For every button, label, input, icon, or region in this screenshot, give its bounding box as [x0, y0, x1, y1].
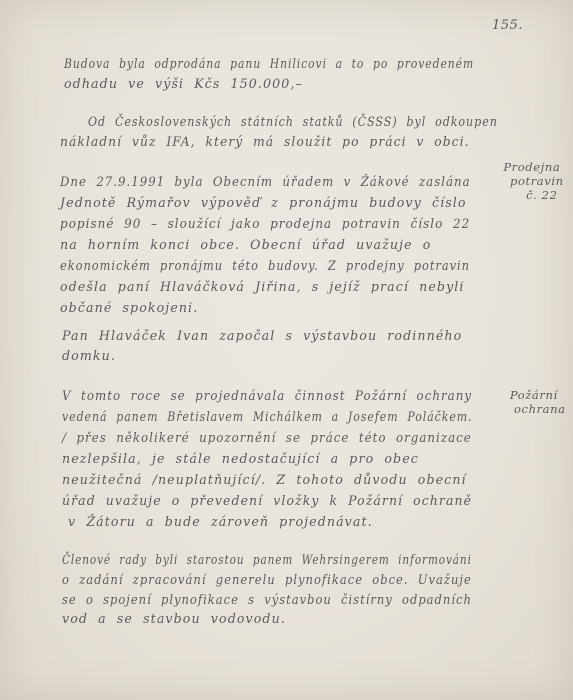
margin-note-pozarni-ochrana: Požární ochrana — [502, 388, 566, 416]
text-line: ekonomickém pronájmu této budovy. Z prod… — [60, 258, 470, 273]
text-line: popisné 90 – sloužící jako prodejna potr… — [60, 216, 470, 231]
margin-note-line: č. 22 — [520, 188, 564, 202]
handwritten-chronicle-page: 155. Budova byla odprodána panu Hnilicov… — [0, 0, 573, 700]
text-line: odhadu ve výši Kčs 150.000,– — [64, 76, 303, 91]
text-line: na horním konci obce. Obecní úřad uvažuj… — [60, 237, 431, 252]
text-line: v Žátoru a bude zároveň projednávat. — [68, 514, 373, 529]
text-line: nezlepšila, je stále nedostačující a pro… — [62, 451, 419, 466]
text-line: občané spokojeni. — [60, 300, 198, 315]
text-line: se o spojení plynofikace s výstavbou čis… — [62, 592, 472, 607]
margin-note-prodejna: Prodejna potravin č. 22 — [500, 160, 564, 202]
margin-note-line: Požární — [502, 388, 566, 402]
margin-note-line: ochrana — [514, 402, 566, 416]
text-line: / přes několikeré upozornění se práce té… — [62, 430, 472, 445]
text-line: Členové rady byli starostou panem Wehrsi… — [62, 552, 472, 567]
text-line: úřad uvažuje o převedení vložky k Požárn… — [62, 493, 472, 508]
text-line: neužitečná /neuplatňující/. Z tohoto dův… — [62, 472, 467, 487]
text-line: Pan Hlaváček Ivan započal s výstavbou ro… — [62, 328, 462, 343]
text-line: V tomto roce se projednávala činnost Pož… — [62, 388, 472, 403]
text-line: domku. — [62, 348, 116, 363]
margin-note-line: potravin — [510, 174, 564, 188]
text-line: odešla paní Hlaváčková Jiřina, s jejíž p… — [60, 279, 465, 294]
text-line: vod a se stavbou vodovodu. — [62, 611, 286, 626]
text-line: Budova byla odprodána panu Hnilicovi a t… — [64, 56, 474, 71]
text-line: Jednotě Rýmařov výpověď z pronájmu budov… — [60, 195, 467, 210]
text-line: Od Československých státních statků (ČSS… — [88, 114, 498, 129]
text-line: nákladní vůz IFA, který má sloužit po pr… — [60, 134, 470, 149]
text-line: o zadání zpracování generelu plynofikace… — [62, 572, 472, 587]
page-number: 155. — [492, 18, 523, 33]
text-line: vedená panem Břetislavem Michálkem a Jos… — [62, 409, 473, 424]
margin-note-line: Prodejna — [500, 160, 564, 174]
text-line: Dne 27.9.1991 byla Obecním úřadem v Žáko… — [60, 174, 471, 189]
